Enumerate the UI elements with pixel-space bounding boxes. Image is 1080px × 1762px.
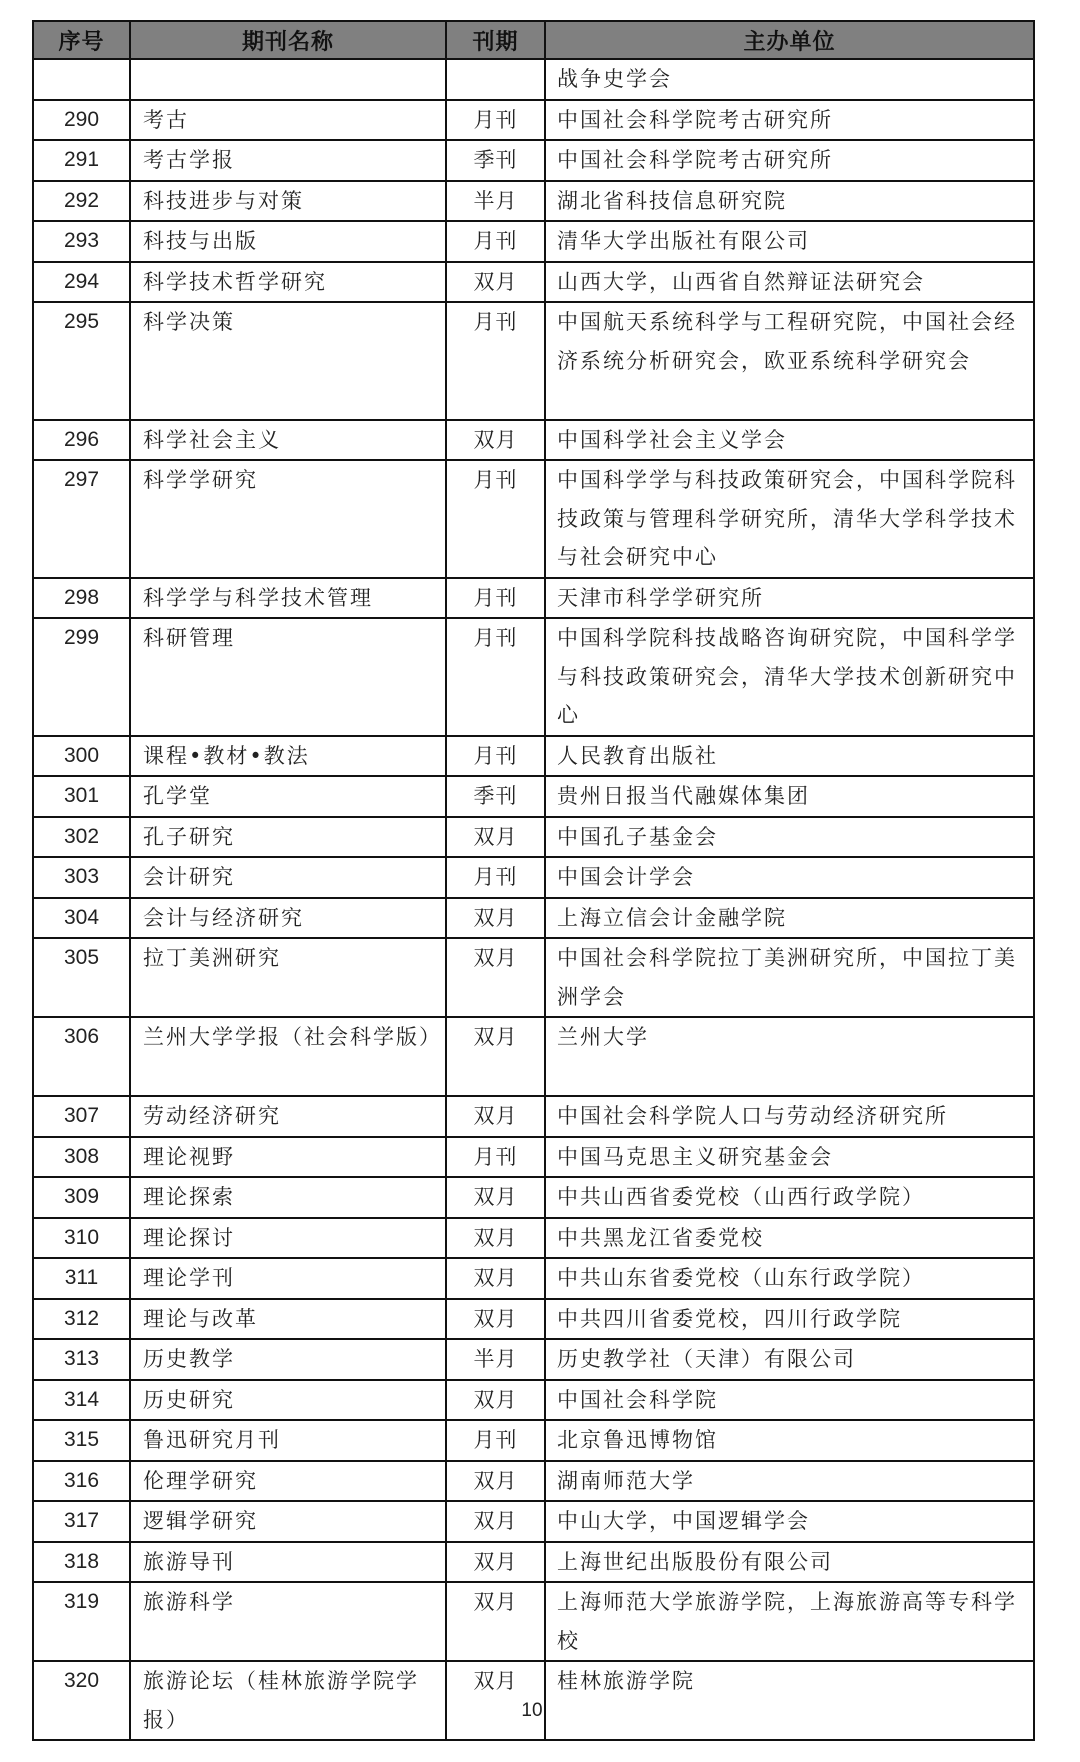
cell-organizer: 中国社会科学院人口与劳动经济研究所 xyxy=(545,1096,1034,1137)
cell-no: 310 xyxy=(33,1218,130,1259)
table-row: 319 旅游科学 双月 上海师范大学旅游学院，上海旅游高等专科学校 xyxy=(33,1582,1034,1661)
cell-journal-name: 科技进步与对策 xyxy=(130,181,446,222)
cell-no: 308 xyxy=(33,1137,130,1178)
cell-frequency: 双月 xyxy=(446,1299,545,1340)
cell-frequency: 双月 xyxy=(446,1218,545,1259)
cell-journal-name: 旅游科学 xyxy=(130,1582,446,1661)
table-row: 311 理论学刊 双月 中共山东省委党校（山东行政学院） xyxy=(33,1258,1034,1299)
cell-organizer: 贵州日报当代融媒体集团 xyxy=(545,776,1034,817)
cell-frequency: 双月 xyxy=(446,1258,545,1299)
document-page: 序号 期刊名称 刊期 主办单位 战争史学会 290 考古 月刊 中国社会科学院考… xyxy=(0,0,1080,1762)
cell-journal-name: 理论探讨 xyxy=(130,1218,446,1259)
cell-frequency: 月刊 xyxy=(446,578,545,619)
cell-frequency: 月刊 xyxy=(446,618,545,736)
table-row: 295 科学决策 月刊 中国航天系统科学与工程研究院，中国社会经济系统分析研究会… xyxy=(33,302,1034,420)
header-journal-name: 期刊名称 xyxy=(130,21,446,59)
cell-no: 309 xyxy=(33,1177,130,1218)
header-frequency: 刊期 xyxy=(446,21,545,59)
cell-no: 295 xyxy=(33,302,130,420)
table-row: 309 理论探索 双月 中共山西省委党校（山西行政学院） xyxy=(33,1177,1034,1218)
cell-no: 300 xyxy=(33,736,130,777)
cell-frequency: 月刊 xyxy=(446,857,545,898)
cell-no: 318 xyxy=(33,1542,130,1583)
cell-journal-name: 理论视野 xyxy=(130,1137,446,1178)
cell-no: 304 xyxy=(33,898,130,939)
cell-no: 298 xyxy=(33,578,130,619)
cell-frequency: 季刊 xyxy=(446,776,545,817)
cell-organizer: 中国社会科学院 xyxy=(545,1380,1034,1421)
cell-frequency: 双月 xyxy=(446,1096,545,1137)
cell-frequency: 双月 xyxy=(446,1177,545,1218)
cell-organizer: 上海立信会计金融学院 xyxy=(545,898,1034,939)
cell-journal-name: 考古学报 xyxy=(130,140,446,181)
cell-frequency: 半月 xyxy=(446,1339,545,1380)
cell-organizer: 中国马克思主义研究基金会 xyxy=(545,1137,1034,1178)
cell-organizer: 中国科学学与科技政策研究会，中国科学院科技政策与管理科学研究所，清华大学科学技术… xyxy=(545,460,1034,578)
cell-no: 297 xyxy=(33,460,130,578)
cell-journal-name: 历史研究 xyxy=(130,1380,446,1421)
cell-organizer: 中共山西省委党校（山西行政学院） xyxy=(545,1177,1034,1218)
cell-journal-name: 理论与改革 xyxy=(130,1299,446,1340)
cell-organizer: 中共山东省委党校（山东行政学院） xyxy=(545,1258,1034,1299)
cell-organizer: 战争史学会 xyxy=(545,59,1034,100)
table-row: 301 孔学堂 季刊 贵州日报当代融媒体集团 xyxy=(33,776,1034,817)
cell-journal-name: 科学社会主义 xyxy=(130,420,446,461)
table-row: 306 兰州大学学报（社会科学版） 双月 兰州大学 xyxy=(33,1017,1034,1096)
cell-journal-name: 伦理学研究 xyxy=(130,1461,446,1502)
cell-no xyxy=(33,59,130,100)
cell-journal-name: 考古 xyxy=(130,100,446,141)
page-number: 10 xyxy=(0,1700,1064,1722)
cell-no: 291 xyxy=(33,140,130,181)
cell-organizer: 中共四川省委党校，四川行政学院 xyxy=(545,1299,1034,1340)
cell-frequency: 双月 xyxy=(446,1582,545,1661)
table-row: 317 逻辑学研究 双月 中山大学，中国逻辑学会 xyxy=(33,1501,1034,1542)
cell-frequency: 双月 xyxy=(446,262,545,303)
table-row: 315 鲁迅研究月刊 月刊 北京鲁迅博物馆 xyxy=(33,1420,1034,1461)
table-row: 292 科技进步与对策 半月 湖北省科技信息研究院 xyxy=(33,181,1034,222)
table-row: 312 理论与改革 双月 中共四川省委党校，四川行政学院 xyxy=(33,1299,1034,1340)
table-row: 291 考古学报 季刊 中国社会科学院考古研究所 xyxy=(33,140,1034,181)
cell-organizer: 山西大学，山西省自然辩证法研究会 xyxy=(545,262,1034,303)
cell-journal-name: 科学决策 xyxy=(130,302,446,420)
cell-organizer: 历史教学社（天津）有限公司 xyxy=(545,1339,1034,1380)
cell-frequency: 季刊 xyxy=(446,140,545,181)
cell-no: 296 xyxy=(33,420,130,461)
table-row: 297 科学学研究 月刊 中国科学学与科技政策研究会，中国科学院科技政策与管理科… xyxy=(33,460,1034,578)
table-row: 304 会计与经济研究 双月 上海立信会计金融学院 xyxy=(33,898,1034,939)
cell-organizer: 中国科学院科技战略咨询研究院，中国科学学与科技政策研究会，清华大学技术创新研究中… xyxy=(545,618,1034,736)
cell-no: 313 xyxy=(33,1339,130,1380)
cell-organizer: 湖南师范大学 xyxy=(545,1461,1034,1502)
table-row: 298 科学学与科学技术管理 月刊 天津市科学学研究所 xyxy=(33,578,1034,619)
cell-journal-name xyxy=(130,59,446,100)
table-row: 307 劳动经济研究 双月 中国社会科学院人口与劳动经济研究所 xyxy=(33,1096,1034,1137)
table-row: 318 旅游导刊 双月 上海世纪出版股份有限公司 xyxy=(33,1542,1034,1583)
cell-frequency: 月刊 xyxy=(446,302,545,420)
cell-no: 292 xyxy=(33,181,130,222)
cell-no: 299 xyxy=(33,618,130,736)
cell-frequency: 双月 xyxy=(446,898,545,939)
cell-organizer: 人民教育出版社 xyxy=(545,736,1034,777)
cell-no: 312 xyxy=(33,1299,130,1340)
cell-organizer: 北京鲁迅博物馆 xyxy=(545,1420,1034,1461)
cell-organizer: 兰州大学 xyxy=(545,1017,1034,1096)
cell-organizer: 中共黑龙江省委党校 xyxy=(545,1218,1034,1259)
table-row: 308 理论视野 月刊 中国马克思主义研究基金会 xyxy=(33,1137,1034,1178)
cell-journal-name: 鲁迅研究月刊 xyxy=(130,1420,446,1461)
cell-frequency: 双月 xyxy=(446,938,545,1017)
table-row: 313 历史教学 半月 历史教学社（天津）有限公司 xyxy=(33,1339,1034,1380)
cell-organizer: 中国科学社会主义学会 xyxy=(545,420,1034,461)
cell-no: 317 xyxy=(33,1501,130,1542)
cell-journal-name: 理论学刊 xyxy=(130,1258,446,1299)
cell-journal-name: 科研管理 xyxy=(130,618,446,736)
cell-journal-name: 孔子研究 xyxy=(130,817,446,858)
cell-frequency: 双月 xyxy=(446,1380,545,1421)
cell-no: 319 xyxy=(33,1582,130,1661)
cell-frequency: 月刊 xyxy=(446,1137,545,1178)
cell-organizer: 清华大学出版社有限公司 xyxy=(545,221,1034,262)
table-row: 299 科研管理 月刊 中国科学院科技战略咨询研究院，中国科学学与科技政策研究会… xyxy=(33,618,1034,736)
cell-no: 293 xyxy=(33,221,130,262)
cell-journal-name: 劳动经济研究 xyxy=(130,1096,446,1137)
cell-no: 316 xyxy=(33,1461,130,1502)
cell-no: 307 xyxy=(33,1096,130,1137)
cell-frequency: 双月 xyxy=(446,1542,545,1583)
cell-no: 314 xyxy=(33,1380,130,1421)
table-row-continuation: 战争史学会 xyxy=(33,59,1034,100)
table-header-row: 序号 期刊名称 刊期 主办单位 xyxy=(33,21,1034,59)
cell-journal-name: 逻辑学研究 xyxy=(130,1501,446,1542)
cell-no: 315 xyxy=(33,1420,130,1461)
cell-no: 290 xyxy=(33,100,130,141)
cell-frequency: 双月 xyxy=(446,1501,545,1542)
cell-no: 301 xyxy=(33,776,130,817)
cell-journal-name: 旅游导刊 xyxy=(130,1542,446,1583)
table-row: 316 伦理学研究 双月 湖南师范大学 xyxy=(33,1461,1034,1502)
cell-frequency: 月刊 xyxy=(446,1420,545,1461)
cell-organizer: 上海师范大学旅游学院，上海旅游高等专科学校 xyxy=(545,1582,1034,1661)
cell-organizer: 中国会计学会 xyxy=(545,857,1034,898)
cell-organizer: 中国社会科学院拉丁美洲研究所，中国拉丁美洲学会 xyxy=(545,938,1034,1017)
journal-table: 序号 期刊名称 刊期 主办单位 战争史学会 290 考古 月刊 中国社会科学院考… xyxy=(32,20,1035,1741)
cell-frequency: 双月 xyxy=(446,817,545,858)
cell-no: 294 xyxy=(33,262,130,303)
cell-journal-name: 历史教学 xyxy=(130,1339,446,1380)
cell-no: 302 xyxy=(33,817,130,858)
cell-journal-name: 孔学堂 xyxy=(130,776,446,817)
table-row: 300 课程•教材•教法 月刊 人民教育出版社 xyxy=(33,736,1034,777)
cell-journal-name: 拉丁美洲研究 xyxy=(130,938,446,1017)
table-row: 293 科技与出版 月刊 清华大学出版社有限公司 xyxy=(33,221,1034,262)
table-row: 290 考古 月刊 中国社会科学院考古研究所 xyxy=(33,100,1034,141)
table-row: 294 科学技术哲学研究 双月 山西大学，山西省自然辩证法研究会 xyxy=(33,262,1034,303)
header-organizer: 主办单位 xyxy=(545,21,1034,59)
cell-frequency: 双月 xyxy=(446,1017,545,1096)
cell-organizer: 天津市科学学研究所 xyxy=(545,578,1034,619)
cell-frequency: 双月 xyxy=(446,1461,545,1502)
cell-organizer: 中国社会科学院考古研究所 xyxy=(545,140,1034,181)
table-row: 303 会计研究 月刊 中国会计学会 xyxy=(33,857,1034,898)
cell-no: 303 xyxy=(33,857,130,898)
cell-journal-name: 科学技术哲学研究 xyxy=(130,262,446,303)
header-no: 序号 xyxy=(33,21,130,59)
table-row: 296 科学社会主义 双月 中国科学社会主义学会 xyxy=(33,420,1034,461)
table-row: 310 理论探讨 双月 中共黑龙江省委党校 xyxy=(33,1218,1034,1259)
cell-organizer: 湖北省科技信息研究院 xyxy=(545,181,1034,222)
cell-frequency: 月刊 xyxy=(446,460,545,578)
cell-organizer: 中国航天系统科学与工程研究院，中国社会经济系统分析研究会，欧亚系统科学研究会 xyxy=(545,302,1034,420)
cell-journal-name: 会计研究 xyxy=(130,857,446,898)
table-row: 302 孔子研究 双月 中国孔子基金会 xyxy=(33,817,1034,858)
cell-journal-name: 理论探索 xyxy=(130,1177,446,1218)
cell-journal-name: 科技与出版 xyxy=(130,221,446,262)
cell-organizer: 中国社会科学院考古研究所 xyxy=(545,100,1034,141)
table-row: 314 历史研究 双月 中国社会科学院 xyxy=(33,1380,1034,1421)
cell-organizer: 中国孔子基金会 xyxy=(545,817,1034,858)
cell-journal-name: 科学学与科学技术管理 xyxy=(130,578,446,619)
cell-no: 311 xyxy=(33,1258,130,1299)
cell-frequency: 月刊 xyxy=(446,736,545,777)
cell-no: 306 xyxy=(33,1017,130,1096)
cell-no: 305 xyxy=(33,938,130,1017)
cell-frequency: 月刊 xyxy=(446,221,545,262)
cell-organizer: 上海世纪出版股份有限公司 xyxy=(545,1542,1034,1583)
cell-journal-name: 兰州大学学报（社会科学版） xyxy=(130,1017,446,1096)
cell-organizer: 中山大学，中国逻辑学会 xyxy=(545,1501,1034,1542)
cell-journal-name: 科学学研究 xyxy=(130,460,446,578)
table-row: 305 拉丁美洲研究 双月 中国社会科学院拉丁美洲研究所，中国拉丁美洲学会 xyxy=(33,938,1034,1017)
cell-frequency: 半月 xyxy=(446,181,545,222)
cell-frequency: 双月 xyxy=(446,420,545,461)
cell-frequency xyxy=(446,59,545,100)
cell-journal-name: 课程•教材•教法 xyxy=(130,736,446,777)
cell-frequency: 月刊 xyxy=(446,100,545,141)
cell-journal-name: 会计与经济研究 xyxy=(130,898,446,939)
